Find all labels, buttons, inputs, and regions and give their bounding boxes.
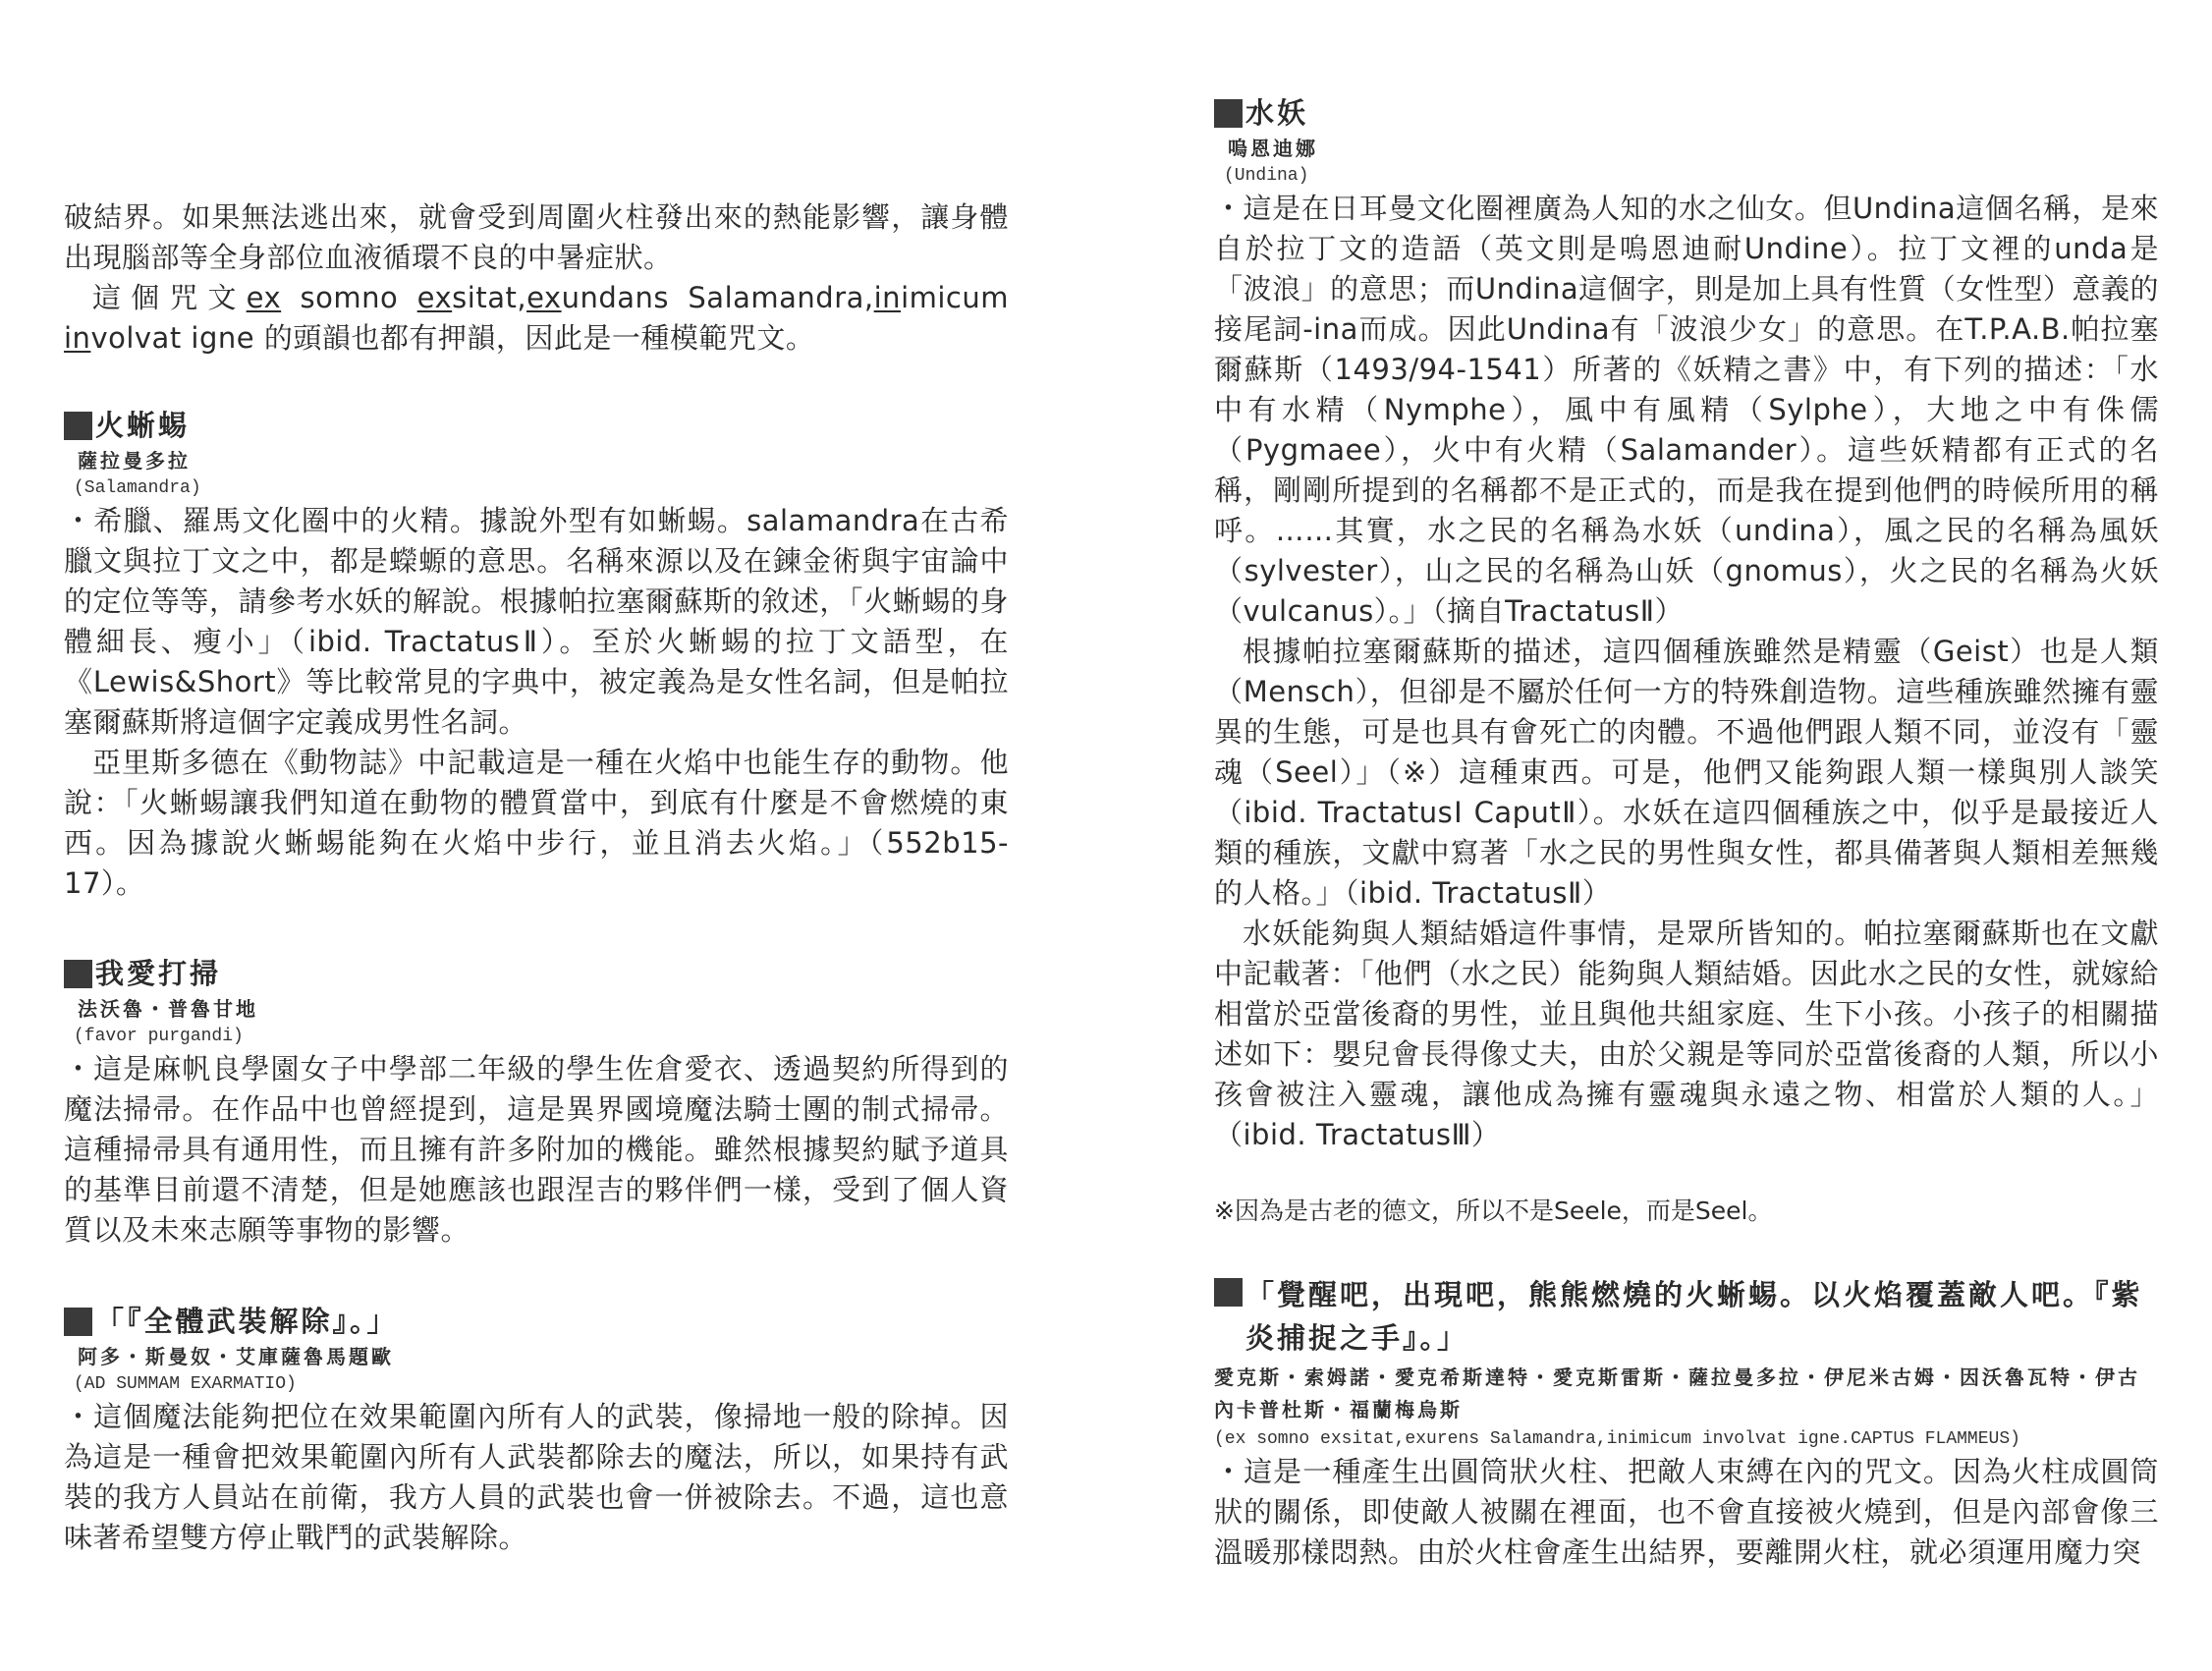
entry-reading: 愛克斯・索姆諾・愛克希斯達特・愛克斯雷斯・薩拉曼多拉・伊尼米古姆・因沃魯瓦特・伊… — [1214, 1362, 2159, 1426]
entry-reading: 薩拉曼多拉 — [78, 446, 1009, 475]
entry-reading: 阿多・斯曼奴・艾庫薩魯馬題歐 — [78, 1342, 1009, 1371]
rhyme-alliteration: ex — [417, 281, 453, 314]
rhyme-note-paragraph: 這個咒文ex somno exsitat,exundans Salamandra… — [64, 278, 1009, 359]
entry-latin: (Salamandra) — [74, 475, 1009, 501]
entry-latin: (Undina) — [1224, 163, 2159, 189]
footnote: ※因為是古老的德文，所以不是Seele，而是Seel。 — [1214, 1195, 2159, 1228]
entry-heading: 「『全體武裝解除』。」 — [64, 1303, 1009, 1340]
entry-title: 我愛打掃 — [95, 955, 221, 992]
entry-latin: (ex somno exsitat,exurens Salamandra,ini… — [1214, 1426, 2159, 1452]
entry-title: 「『全體武裝解除』。」 — [95, 1303, 399, 1340]
rhyme-alliteration: ex — [526, 281, 562, 314]
entry-favor-purgandi: 我愛打掃 法沃魯・普魯甘地 (favor purgandi) ・這是麻帆良學園女… — [64, 955, 1009, 1251]
entry-paragraph: ・這個魔法能夠把位在效果範圍內所有人的武裝，像掃地一般的除掉。因為這是一種會把效… — [64, 1397, 1009, 1558]
entry-paragraph: 根據帕拉塞爾蘇斯的描述，這四個種族雖然是精靈（Geist）也是人類（Mensch… — [1214, 632, 2159, 914]
entry-paragraph: ・這是一種產生出圓筒狀火柱、把敵人束縛在內的咒文。因為火柱成圓筒狀的關係，即使敵… — [1214, 1452, 2159, 1573]
rhyme-prefix: 這個咒文 — [92, 281, 247, 314]
entry-paragraph: 水妖能夠與人類結婚這件事情，是眾所皆知的。帕拉塞爾蘇斯也在文獻中記載著：「他們（… — [1214, 914, 2159, 1155]
square-marker-icon — [1214, 1278, 1243, 1307]
entry-ad-summam-exarmatio: 「『全體武裝解除』。」 阿多・斯曼奴・艾庫薩魯馬題歐 (AD SUMMAM EX… — [64, 1303, 1009, 1558]
rhyme-word: somno — [281, 281, 417, 314]
square-marker-icon — [64, 1308, 92, 1336]
entry-heading: 我愛打掃 — [64, 955, 1009, 992]
entry-title: 火蜥蜴 — [95, 407, 190, 444]
continuation-paragraph: 破結界。如果無法逃出來，就會受到周圍火柱發出來的熱能影響，讓身體出現腦部等全身部… — [64, 197, 1009, 278]
rhyme-word: undans Salamandra, — [562, 281, 874, 314]
rhyme-word: imicum — [901, 281, 1009, 314]
entry-title: 水妖 — [1245, 94, 1308, 132]
entry-paragraph: 亞里斯多德在《動物誌》中記載這是一種在火焰中也能生存的動物。他說：「火蜥蜴讓我們… — [64, 743, 1009, 904]
square-marker-icon — [64, 412, 92, 440]
entry-paragraph: ・這是麻帆良學園女子中學部二年級的學生佐倉愛衣、透過契約所得到的魔法掃帚。在作品… — [64, 1049, 1009, 1251]
entry-heading: 「覺醒吧，出現吧，熊熊燃燒的火蜥蜴。以火焰覆蓋敵人吧。『紫炎捕捉之手』。」 — [1214, 1273, 2159, 1360]
entry-heading: 水妖 — [1214, 94, 2159, 132]
rhyme-word: volvat igne — [90, 321, 254, 355]
rhyme-alliteration: ex — [247, 281, 282, 314]
entry-salamandra: 火蜥蜴 薩拉曼多拉 (Salamandra) ・希臘、羅馬文化圈中的火精。據說外… — [64, 407, 1009, 904]
entry-reading: 法沃魯・普魯甘地 — [78, 994, 1009, 1024]
rhyme-alliteration: in — [874, 281, 901, 314]
entry-title: 「覺醒吧，出現吧，熊熊燃燒的火蜥蜴。以火焰覆蓋敵人吧。『紫炎捕捉之手』。」 — [1245, 1273, 2159, 1360]
entry-latin: (AD SUMMAM EXARMATIO) — [74, 1371, 1009, 1397]
entry-reading: 嗚恩迪娜 — [1228, 134, 2159, 163]
entry-undina: 水妖 嗚恩迪娜 (Undina) ・這是在日耳曼文化圈裡廣為人知的水之仙女。但U… — [1214, 94, 2159, 1228]
square-marker-icon — [1214, 99, 1243, 128]
entry-latin: (favor purgandi) — [74, 1024, 1009, 1049]
entry-heading: 火蜥蜴 — [64, 407, 1009, 444]
rhyme-suffix: 的頭韻也都有押韻，因此是一種模範咒文。 — [254, 321, 814, 355]
entry-paragraph: ・這是在日耳曼文化圈裡廣為人知的水之仙女。但Undina這個名稱，是來自於拉丁文… — [1214, 189, 2159, 632]
continuation-block: 破結界。如果無法逃出來，就會受到周圍火柱發出來的熱能影響，讓身體出現腦部等全身部… — [64, 197, 1009, 359]
spacer — [1214, 1155, 2159, 1195]
entry-paragraph: ・希臘、羅馬文化圈中的火精。據說外型有如蜥蜴。salamandra在古希臘文與拉… — [64, 501, 1009, 743]
rhyme-word: sitat, — [452, 281, 526, 314]
square-marker-icon — [64, 960, 92, 988]
rhyme-alliteration: in — [64, 321, 90, 355]
entry-captus-flammeus: 「覺醒吧，出現吧，熊熊燃燒的火蜥蜴。以火焰覆蓋敵人吧。『紫炎捕捉之手』。」 愛克… — [1214, 1273, 2159, 1573]
